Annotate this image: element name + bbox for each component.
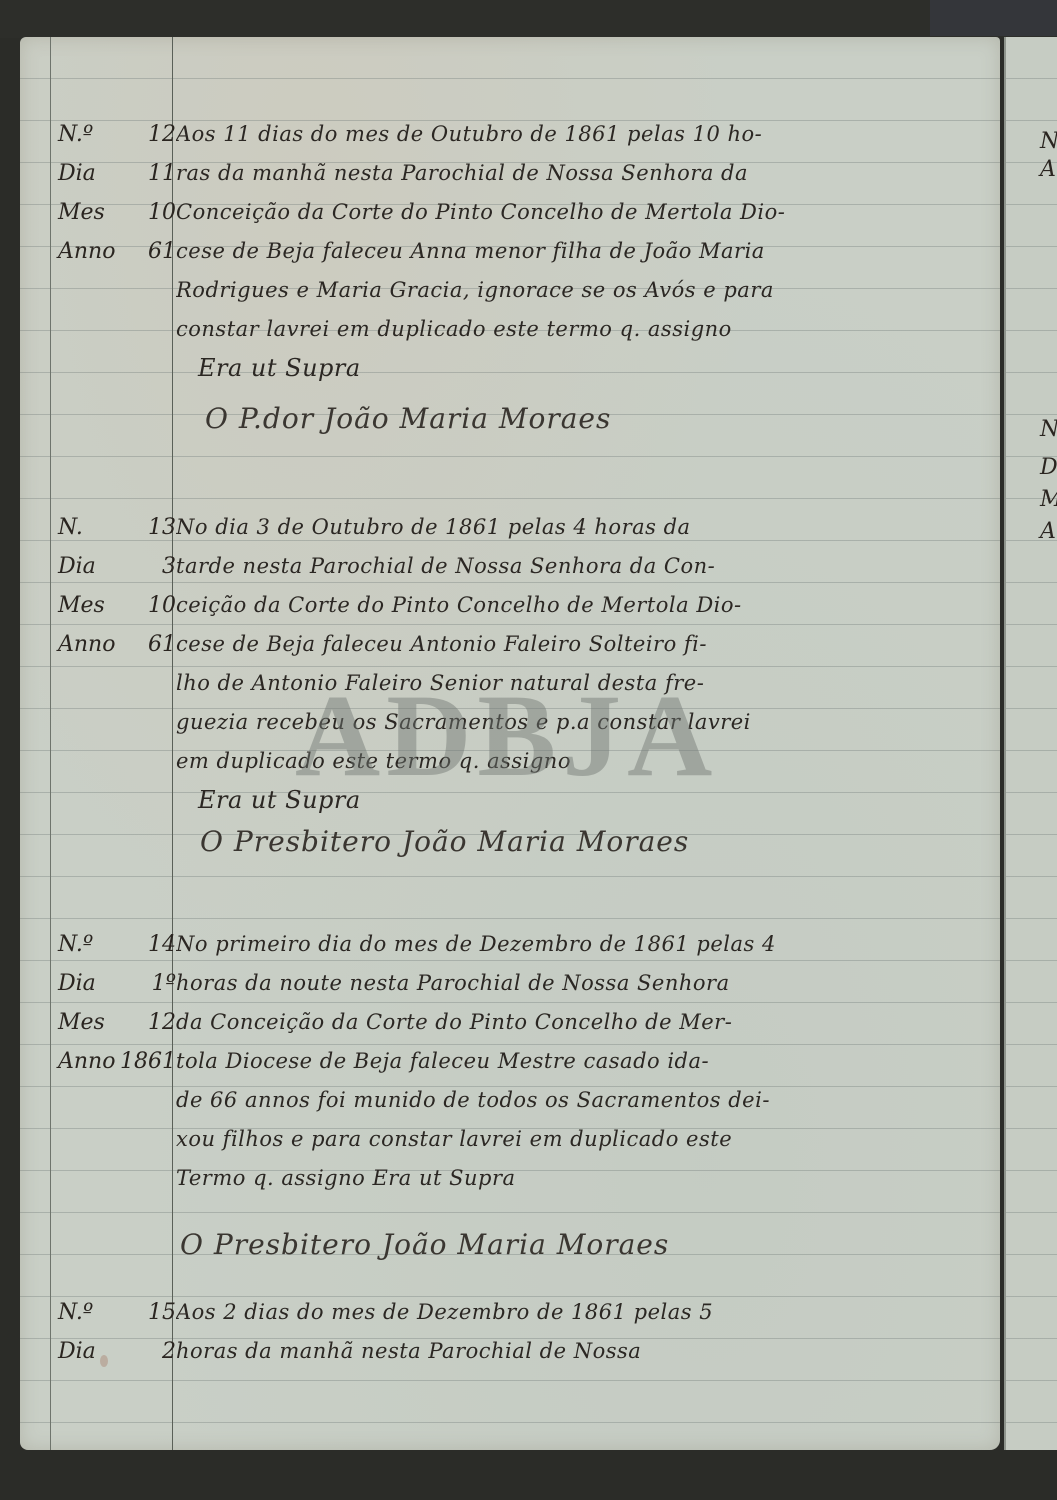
entry-line: cese de Beja faleceu Anna menor filha de…: [176, 232, 976, 271]
entry-day-row: Dia 3: [58, 547, 176, 586]
entry-line: ceição da Corte do Pinto Concelho de Mer…: [176, 586, 976, 625]
entry-day: 3: [162, 547, 176, 586]
entry-line: Aos 11 dias do mes de Outubro de 1861 pe…: [176, 115, 976, 154]
entry-month: 12: [148, 1003, 176, 1042]
entry-line: Termo q. assigno Era ut Supra: [176, 1159, 976, 1198]
entry-body-13: No dia 3 de Outubro de 1861 pelas 4 hora…: [176, 508, 976, 820]
entry-line: horas da manhã nesta Parochial de Nossa: [176, 1332, 976, 1371]
entry-number: 15: [148, 1293, 176, 1332]
entry-line: lho de Antonio Faleiro Senior natural de…: [176, 664, 976, 703]
entry-line: cese de Beja faleceu Antonio Faleiro Sol…: [176, 625, 976, 664]
number-label: N.: [58, 508, 83, 547]
entry-line: tarde nesta Parochial de Nossa Senhora d…: [176, 547, 976, 586]
adjacent-page-edge: [1004, 37, 1057, 1450]
entry-month-row: Mes 10: [58, 193, 176, 232]
entry-meta-14: N.º 14 Dia 1º Mes 12 Anno 1861: [58, 925, 176, 1081]
entry-body-15: Aos 2 dias do mes de Dezembro de 1861 pe…: [176, 1293, 976, 1371]
day-label: Dia: [58, 547, 96, 586]
entry-line: No dia 3 de Outubro de 1861 pelas 4 hora…: [176, 508, 976, 547]
entry-body-14: No primeiro dia do mes de Dezembro de 18…: [176, 925, 976, 1198]
number-label: N.º: [58, 115, 93, 154]
entry-year: 1861: [120, 1042, 176, 1081]
entry-month-row: Mes 12: [58, 1003, 176, 1042]
entry-closing: Era ut Supra: [176, 781, 976, 820]
entry-body-12: Aos 11 dias do mes de Outubro de 1861 pe…: [176, 115, 976, 388]
entry-year-row: Anno 61: [58, 232, 176, 271]
entry-meta-13: N. 13 Dia 3 Mes 10 Anno 61: [58, 508, 176, 664]
signature: O Presbitero João Maria Moraes: [180, 1228, 669, 1261]
adjacent-page-fragment: A: [1040, 150, 1056, 189]
entry-day-row: Dia 1º: [58, 964, 176, 1003]
entry-line: de 66 annos foi munido de todos os Sacra…: [176, 1081, 976, 1120]
margin-rule-outer: [50, 37, 51, 1450]
month-label: Mes: [58, 586, 105, 625]
entry-number-row: N. 13: [58, 508, 176, 547]
entry-line: Conceição da Corte do Pinto Concelho de …: [176, 193, 976, 232]
entry-day: 1º: [152, 964, 176, 1003]
entry-day: 11: [148, 154, 176, 193]
month-label: Mes: [58, 193, 105, 232]
ink-smudge: [100, 1355, 108, 1367]
entry-line: constar lavrei em duplicado este termo q…: [176, 310, 976, 349]
entry-year-row: Anno 1861: [58, 1042, 176, 1081]
entry-year-row: Anno 61: [58, 625, 176, 664]
entry-year: 61: [148, 625, 176, 664]
month-label: Mes: [58, 1003, 105, 1042]
entry-month: 10: [148, 193, 176, 232]
day-label: Dia: [58, 1332, 96, 1371]
entry-line: da Conceição da Corte do Pinto Concelho …: [176, 1003, 976, 1042]
number-label: N.º: [58, 1293, 93, 1332]
entry-number: 13: [148, 508, 176, 547]
entry-line: xou filhos e para constar lavrei em dupl…: [176, 1120, 976, 1159]
entry-meta-12: N.º 12 Dia 11 Mes 10 Anno 61: [58, 115, 176, 271]
year-label: Anno: [58, 1042, 115, 1081]
entry-line: tola Diocese de Beja faleceu Mestre casa…: [176, 1042, 976, 1081]
entry-line: No primeiro dia do mes de Dezembro de 18…: [176, 925, 976, 964]
scan-background-bottom: [0, 1460, 1057, 1500]
entry-year: 61: [148, 232, 176, 271]
scan-background-top-right: [930, 0, 1057, 36]
entry-month-row: Mes 10: [58, 586, 176, 625]
entry-number-row: N.º 15: [58, 1293, 176, 1332]
entry-month: 10: [148, 586, 176, 625]
signature: O Presbitero João Maria Moraes: [200, 825, 689, 858]
adjacent-page-fragment: N: [1040, 410, 1057, 449]
scan-background-top: [0, 0, 1057, 38]
entry-line: horas da noute nesta Parochial de Nossa …: [176, 964, 976, 1003]
entry-number: 12: [148, 115, 176, 154]
entry-day-row: Dia 2: [58, 1332, 176, 1371]
entry-day: 2: [162, 1332, 176, 1371]
year-label: Anno: [58, 232, 115, 271]
entry-day-row: Dia 11: [58, 154, 176, 193]
entry-line: guezia recebeu os Sacramentos e p.a cons…: [176, 703, 976, 742]
year-label: Anno: [58, 625, 115, 664]
signature: O P.dor João Maria Moraes: [205, 402, 611, 435]
entry-number-row: N.º 14: [58, 925, 176, 964]
entry-number-row: N.º 12: [58, 115, 176, 154]
entry-line: Aos 2 dias do mes de Dezembro de 1861 pe…: [176, 1293, 976, 1332]
entry-line: ras da manhã nesta Parochial de Nossa Se…: [176, 154, 976, 193]
day-label: Dia: [58, 154, 96, 193]
adjacent-page-fragment: A: [1040, 512, 1056, 551]
entry-number: 14: [148, 925, 176, 964]
number-label: N.º: [58, 925, 93, 964]
entry-meta-15: N.º 15 Dia 2: [58, 1293, 176, 1371]
day-label: Dia: [58, 964, 96, 1003]
entry-line: Rodrigues e Maria Gracia, ignorace se os…: [176, 271, 976, 310]
entry-line: em duplicado este termo q. assigno: [176, 742, 976, 781]
entry-closing: Era ut Supra: [176, 349, 976, 388]
